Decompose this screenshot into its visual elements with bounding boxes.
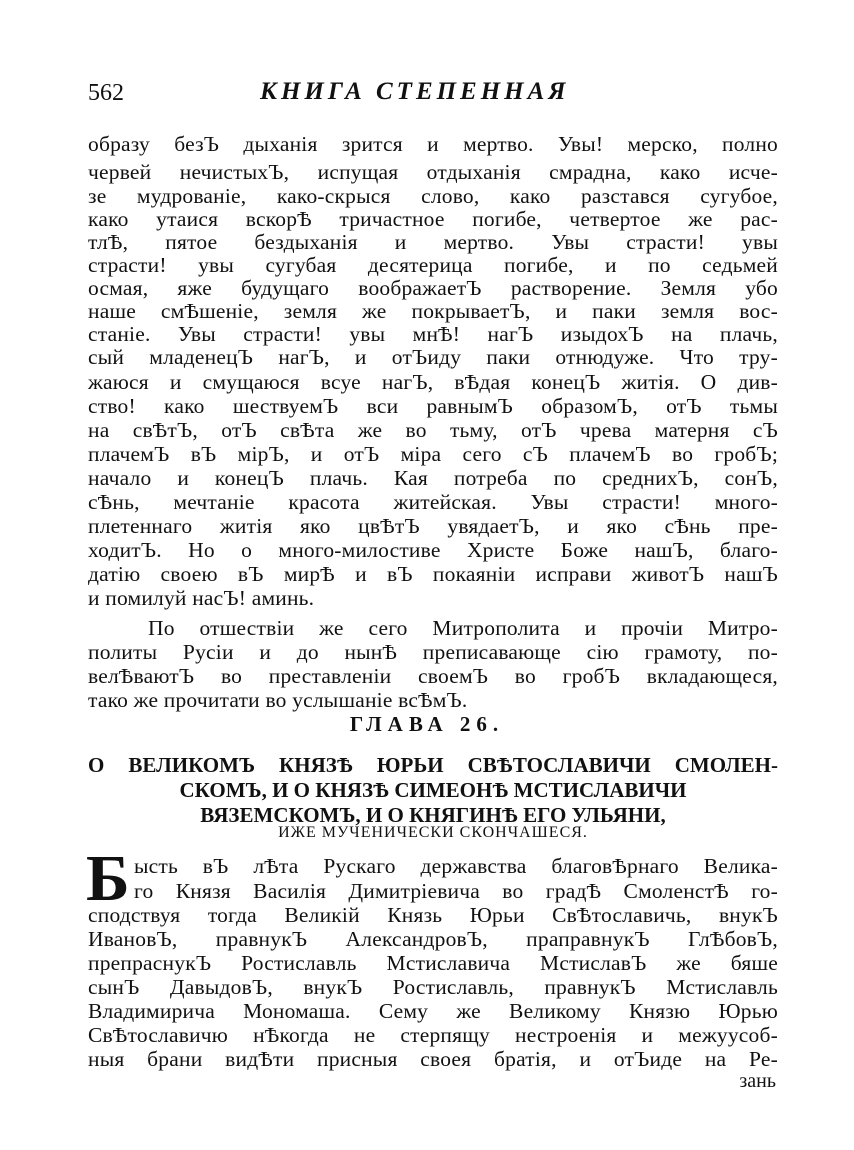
chapter-subtitle: ИЖЕ МУЧЕНИЧЕСКИ СКОНЧАШЕСЯ. — [88, 824, 778, 842]
page-header: 562 КНИГА СТЕПЕННАЯ — [88, 78, 788, 114]
page-number: 562 — [88, 80, 124, 107]
running-title: КНИГА СТЕПЕННАЯ — [260, 78, 570, 106]
catchword: зань — [739, 1070, 776, 1093]
chapter-number: ГЛАВА 26. — [0, 712, 854, 737]
text-line: и помилуй насЪ! аминь. — [88, 582, 778, 614]
text-line: ныя брани видѢти присныя своея братія, и… — [88, 1043, 778, 1075]
